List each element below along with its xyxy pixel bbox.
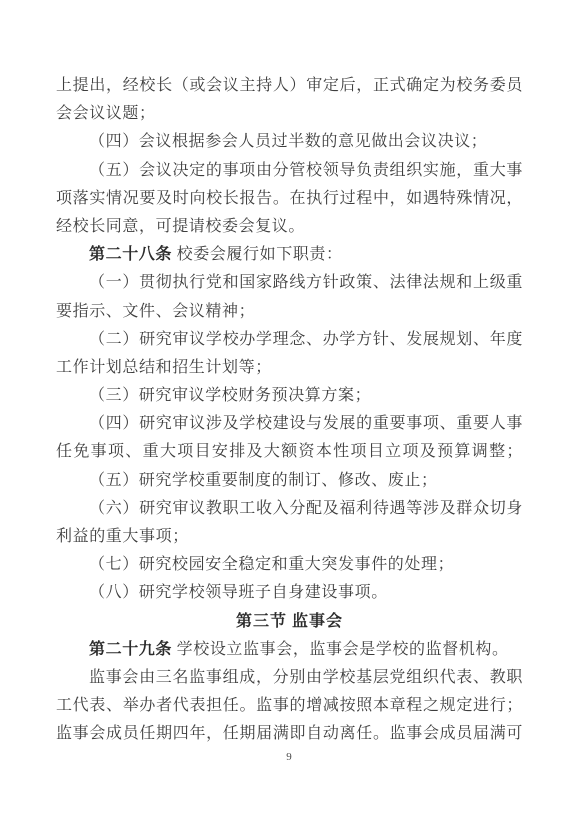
article-number: 第二十八条 [89,246,172,263]
text-line: （二）研究审议学校办学理念、办学方针、发展规划、年度 [56,326,523,354]
page-number: 9 [0,750,578,764]
text-line: 工作计划总结和招生计划等； [56,354,523,382]
text-line: 利益的重大事项； [56,523,523,551]
text-line: 第二十八条 校委会履行如下职责： [56,241,523,269]
text-line: （八）研究学校领导班子自身建设事项。 [56,579,523,607]
text-line: （四）研究审议涉及学校建设与发展的重要事项、重要人事 [56,410,523,438]
document-page: 上提出，经校长（或会议主持人）审定后，正式确定为校务委员会会议议题；（四）会议根… [0,0,578,824]
text-line: （三）研究审议学校财务预决算方案； [56,382,523,410]
text-line: （五）会议决定的事项由分管校领导负责组织实施，重大事 [56,157,523,185]
text-line: 监事会由三名监事组成，分别由学校基层党组织代表、教职 [56,664,523,692]
text-line: （六）研究审议教职工收入分配及福利待遇等涉及群众切身 [56,495,523,523]
text-line: 监事会成员任期四年，任期届满即自动离任。监事会成员届满可 [56,720,523,748]
section-heading: 第三节 监事会 [56,608,523,636]
article-number: 第二十九条 [89,641,172,658]
text-line: （四）会议根据参会人员过半数的意见做出会议决议； [56,128,523,156]
text-line: 工代表、举办者代表担任。监事的增减按照本章程之规定进行； [56,692,523,720]
text-line: （一）贯彻执行党和国家路线方针政策、法律法规和上级重 [56,269,523,297]
text-line: （七）研究校园安全稳定和重大突发事件的处理； [56,551,523,579]
text-line: 经校长同意，可提请校委会复议。 [56,213,523,241]
text-line: 项落实情况要及时向校长报告。在执行过程中，如遇特殊情况， [56,185,523,213]
line-text: 学校设立监事会，监事会是学校的监督机构。 [172,641,509,658]
text-line: 第二十九条 学校设立监事会，监事会是学校的监督机构。 [56,636,523,664]
document-text-block: 上提出，经校长（或会议主持人）审定后，正式确定为校务委员会会议议题；（四）会议根… [56,72,523,749]
text-line: 会会议议题； [56,100,523,128]
text-line: 任免事项、重大项目安排及大额资本性项目立项及预算调整； [56,438,523,466]
text-line: 上提出，经校长（或会议主持人）审定后，正式确定为校务委员 [56,72,523,100]
line-text: 校委会履行如下职责： [172,246,343,263]
text-line: 要指示、文件、会议精神； [56,298,523,326]
text-line: （五）研究学校重要制度的制订、修改、废止； [56,467,523,495]
